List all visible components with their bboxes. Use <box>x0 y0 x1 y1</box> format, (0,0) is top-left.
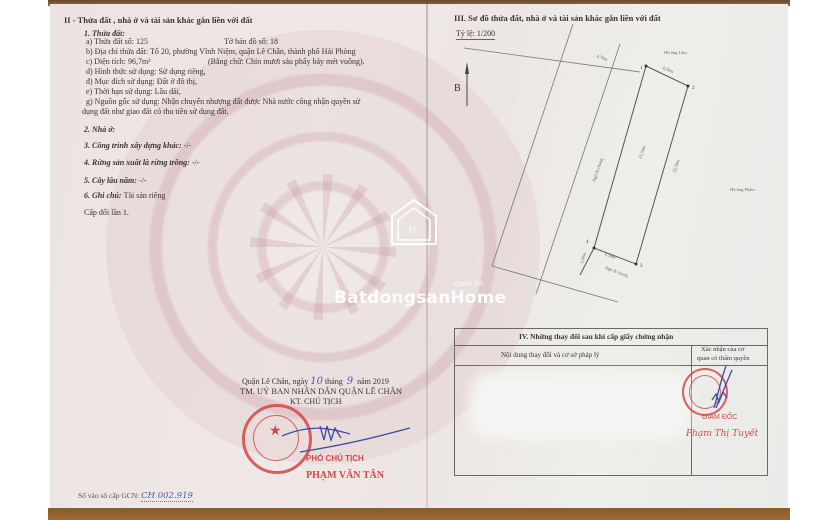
col-confirm-header-1: Xác nhận của cơ <box>701 347 744 354</box>
dim-top-right: 4,50m <box>662 66 674 75</box>
watermark-logo-letter: H <box>409 226 416 236</box>
scale-label: Tỷ lệ: 1/200 <box>456 30 495 40</box>
registry-value: CH 002.919 <box>141 491 193 502</box>
point-1: 1 <box>640 66 643 71</box>
official-seal-right <box>682 368 728 416</box>
other-works-value: -/- <box>184 141 192 150</box>
official-seal-left: ★ <box>242 404 312 474</box>
parcel-area-words: (Bằng chữ: Chín mươi sáu phẩy bảy mét vu… <box>208 58 365 66</box>
registry-number: Số vào sổ cấp GCN: CH 002.919 <box>78 492 193 501</box>
dim-bottom-ext: 1,00m <box>580 252 588 264</box>
note-heading: 6. Ghi chú: Tài sản riêng <box>84 192 165 200</box>
dim-bottom: 4,50m <box>604 252 616 260</box>
neighbor-top: Hộ ông Lâm <box>664 51 687 56</box>
note-value: Tài sản riêng <box>124 191 166 200</box>
forest-heading: 4. Rừng sản xuất là rừng trồng: -/- <box>84 159 199 167</box>
other-works-label: 3. Công trình xây dựng khác: <box>84 141 182 150</box>
perennial-heading: 5. Cây lâu năm: -/- <box>84 177 146 185</box>
issue-place: Quận Lê Chân, ngày <box>242 377 308 386</box>
col-content-header: Nội dung thay đổi và cơ sở pháp lý <box>501 352 599 359</box>
use-origin-line2: dụng đất như giao đất có thu tiền sử dụn… <box>82 108 229 116</box>
page-fold <box>426 4 428 508</box>
section-ii-title: II - Thửa đất , nhà ở và tài sản khác gắ… <box>64 16 252 25</box>
point-4: 4 <box>586 240 589 245</box>
path-left-label: Ngõ đi chung <box>592 158 604 183</box>
use-origin-line1: g) Nguồn gốc sử dụng: Nhận chuyển nhượng… <box>86 98 360 106</box>
land-certificate-document: II - Thửa đất , nhà ở và tài sản khác gắ… <box>50 4 788 508</box>
redacted-content <box>470 372 690 440</box>
month-label: tháng <box>325 377 343 386</box>
use-form: d) Hình thức sử dụng: Sử dụng riêng, <box>86 68 206 76</box>
stamp-name: Phạm Thị Tuyết <box>686 430 758 439</box>
use-purpose: đ) Mục đích sử dụng: Đất ở đô thị, <box>86 78 197 86</box>
point-2: 2 <box>692 86 695 91</box>
parcel-number: a) Thửa đất số: 125 <box>86 38 148 46</box>
section-iv-title: IV. Những thay đổi sau khi cấp giấy chứn… <box>519 333 673 341</box>
dim-top-left: 4,70m <box>596 54 608 62</box>
col-confirm-header-2: quan có thẩm quyền <box>697 356 750 363</box>
use-term: e) Thời hạn sử dụng: Lâu dài, <box>86 88 181 96</box>
changes-table-header-row: Nội dung thay đổi và cơ sở pháp lý Xác n… <box>455 345 767 366</box>
signer-title: PHÓ CHỦ TỊCH <box>306 455 364 463</box>
forest-label: 4. Rừng sản xuất là rừng trồng: <box>84 158 190 167</box>
registry-label: Số vào sổ cấp GCN: <box>78 491 139 500</box>
parcel-address: b) Địa chỉ thửa đất: Tổ 20, phường Vĩnh … <box>86 48 356 56</box>
changes-table-title-row: IV. Những thay đổi sau khi cấp giấy chứn… <box>455 329 767 346</box>
other-works-heading: 3. Công trình xây dựng khác: -/- <box>84 142 191 150</box>
signer-name: PHẠM VĂN TÂN <box>306 471 384 481</box>
dim-side-left: 21,50m <box>639 145 647 159</box>
table-surface-bottom <box>48 508 790 520</box>
watermark-brand: BatdongsanHome <box>334 288 506 308</box>
house-heading: 2. Nhà ở: <box>84 126 115 134</box>
path-bottom-label: Ngõ đi chung <box>604 266 629 279</box>
dim-side-right: 22,30m <box>673 159 681 173</box>
reissue-note: Cấp đổi lần 1. <box>84 209 129 217</box>
issuing-authority: TM. UỶ BAN NHÂN DÂN QUẬN LÊ CHÂN <box>240 387 402 396</box>
note-label: 6. Ghi chú: <box>84 191 122 200</box>
perennial-label: 5. Cây lâu năm: <box>84 176 137 185</box>
watermark-domain: .com.vn <box>452 279 484 288</box>
north-label: B <box>454 84 461 94</box>
stamp-title: GIÁM ĐỐC <box>702 414 737 421</box>
forest-value: -/- <box>192 158 200 167</box>
role-line: KT. CHỦ TỊCH <box>290 398 341 406</box>
issue-year: năm 2019 <box>357 377 389 386</box>
map-sheet-number: Tờ bản đồ số: 18 <box>224 38 278 46</box>
section-iii-title: III. Sơ đồ thửa đất, nhà ở và tài sản kh… <box>454 14 661 23</box>
point-3: 3 <box>640 264 643 269</box>
perennial-value: -/- <box>139 176 147 185</box>
parcel-area: c) Diện tích: 96,7m² <box>86 58 151 66</box>
neighbor-right: Hộ ông Phẩm <box>730 188 755 193</box>
